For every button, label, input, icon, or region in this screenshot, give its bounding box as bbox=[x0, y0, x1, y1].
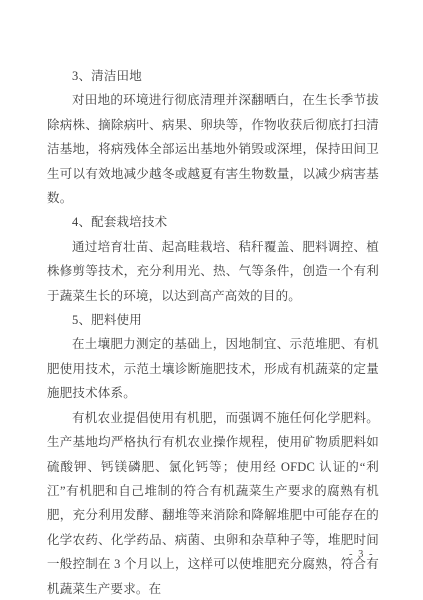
section-heading-5: 5、肥料使用 bbox=[47, 308, 379, 332]
page-number: - 3 - bbox=[349, 549, 374, 560]
section-heading-4: 4、配套栽培技术 bbox=[47, 210, 379, 234]
document-page: 3、清洁田地 对田地的环境进行彻底清理并深翻晒白，在生长季节拔除病株、摘除病叶、… bbox=[0, 0, 423, 600]
paragraph: 有机农业提倡使用有机肥，而强调不施任何化学肥料。生产基地均严格执行有机农业操作规… bbox=[47, 406, 379, 600]
paragraph: 通过培育壮苗、起高畦栽培、秸秆覆盖、肥料调控、植株修剪等技术，充分利用光、热、气… bbox=[47, 235, 379, 308]
paragraph: 对田地的环境进行彻底清理并深翻晒白，在生长季节拔除病株、摘除病叶、病果、卵块等，… bbox=[47, 88, 379, 210]
paragraph: 在土壤肥力测定的基础上，因地制宜、示范堆肥、有机肥使用技术，示范土壤诊断施肥技术… bbox=[47, 332, 379, 405]
section-heading-3: 3、清洁田地 bbox=[47, 64, 379, 88]
document-body: 3、清洁田地 对田地的环境进行彻底清理并深翻晒白，在生长季节拔除病株、摘除病叶、… bbox=[47, 64, 379, 600]
